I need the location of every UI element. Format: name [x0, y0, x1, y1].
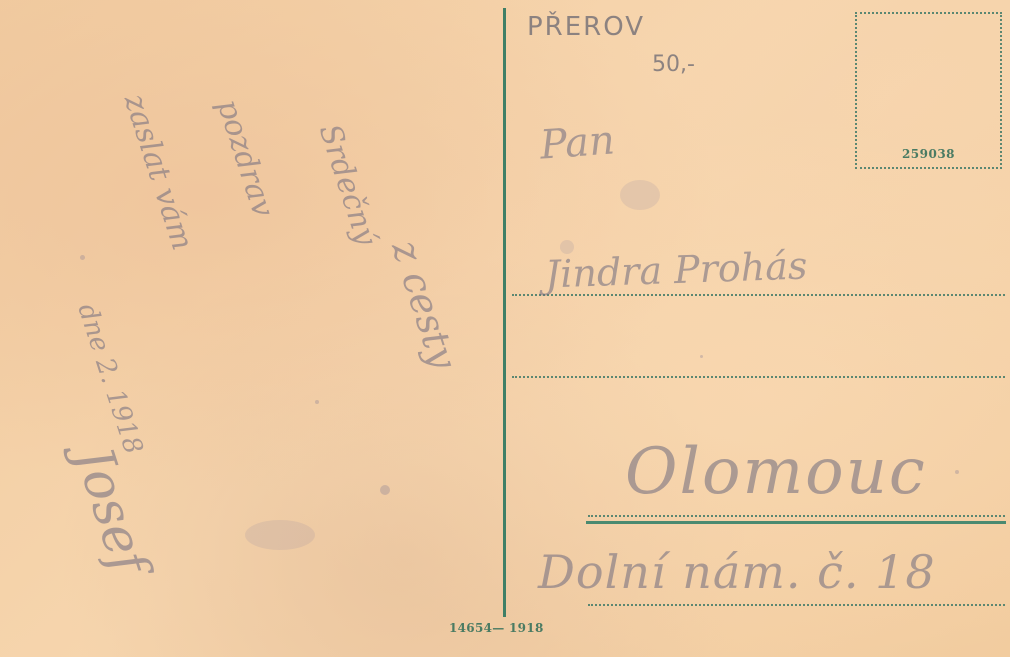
address-city: Olomouc [625, 435, 927, 509]
message-line: pozdrav [210, 95, 281, 221]
address-underline-solid [586, 521, 1006, 524]
address-line-2 [512, 376, 1005, 378]
message-line: zaslat vám [117, 90, 200, 254]
message-line: z cesty [383, 235, 466, 374]
print-code: 14654— 1918 [449, 621, 544, 635]
paper-speck [620, 180, 660, 210]
center-divider-line [503, 8, 506, 617]
address-street: Dolní nám. č. 18 [538, 545, 936, 599]
address-name: Jindra Prohás [544, 243, 808, 296]
postcard-back: 259038 14654— 1918 PŘEROV 50,- Pan Jindr… [0, 0, 1010, 657]
address-title: Pan [538, 117, 616, 168]
stamp-box-number: 259038 [857, 147, 1000, 161]
paper-speck [315, 400, 319, 404]
message-signature: Josef [63, 440, 160, 581]
pencil-note-price: 50,- [652, 52, 695, 77]
paper-speck [700, 355, 703, 358]
paper-speck [955, 470, 959, 474]
message-line: Srdečný [312, 120, 384, 250]
stamp-box: 259038 [855, 12, 1002, 169]
pencil-note-place: PŘEROV [527, 12, 645, 42]
message-line: dne 2. 1918 [71, 300, 148, 458]
paper-speck [245, 520, 315, 550]
paper-speck [80, 255, 85, 260]
address-line-3 [588, 515, 1005, 517]
address-line-4 [588, 604, 1005, 606]
paper-speck [380, 485, 390, 495]
